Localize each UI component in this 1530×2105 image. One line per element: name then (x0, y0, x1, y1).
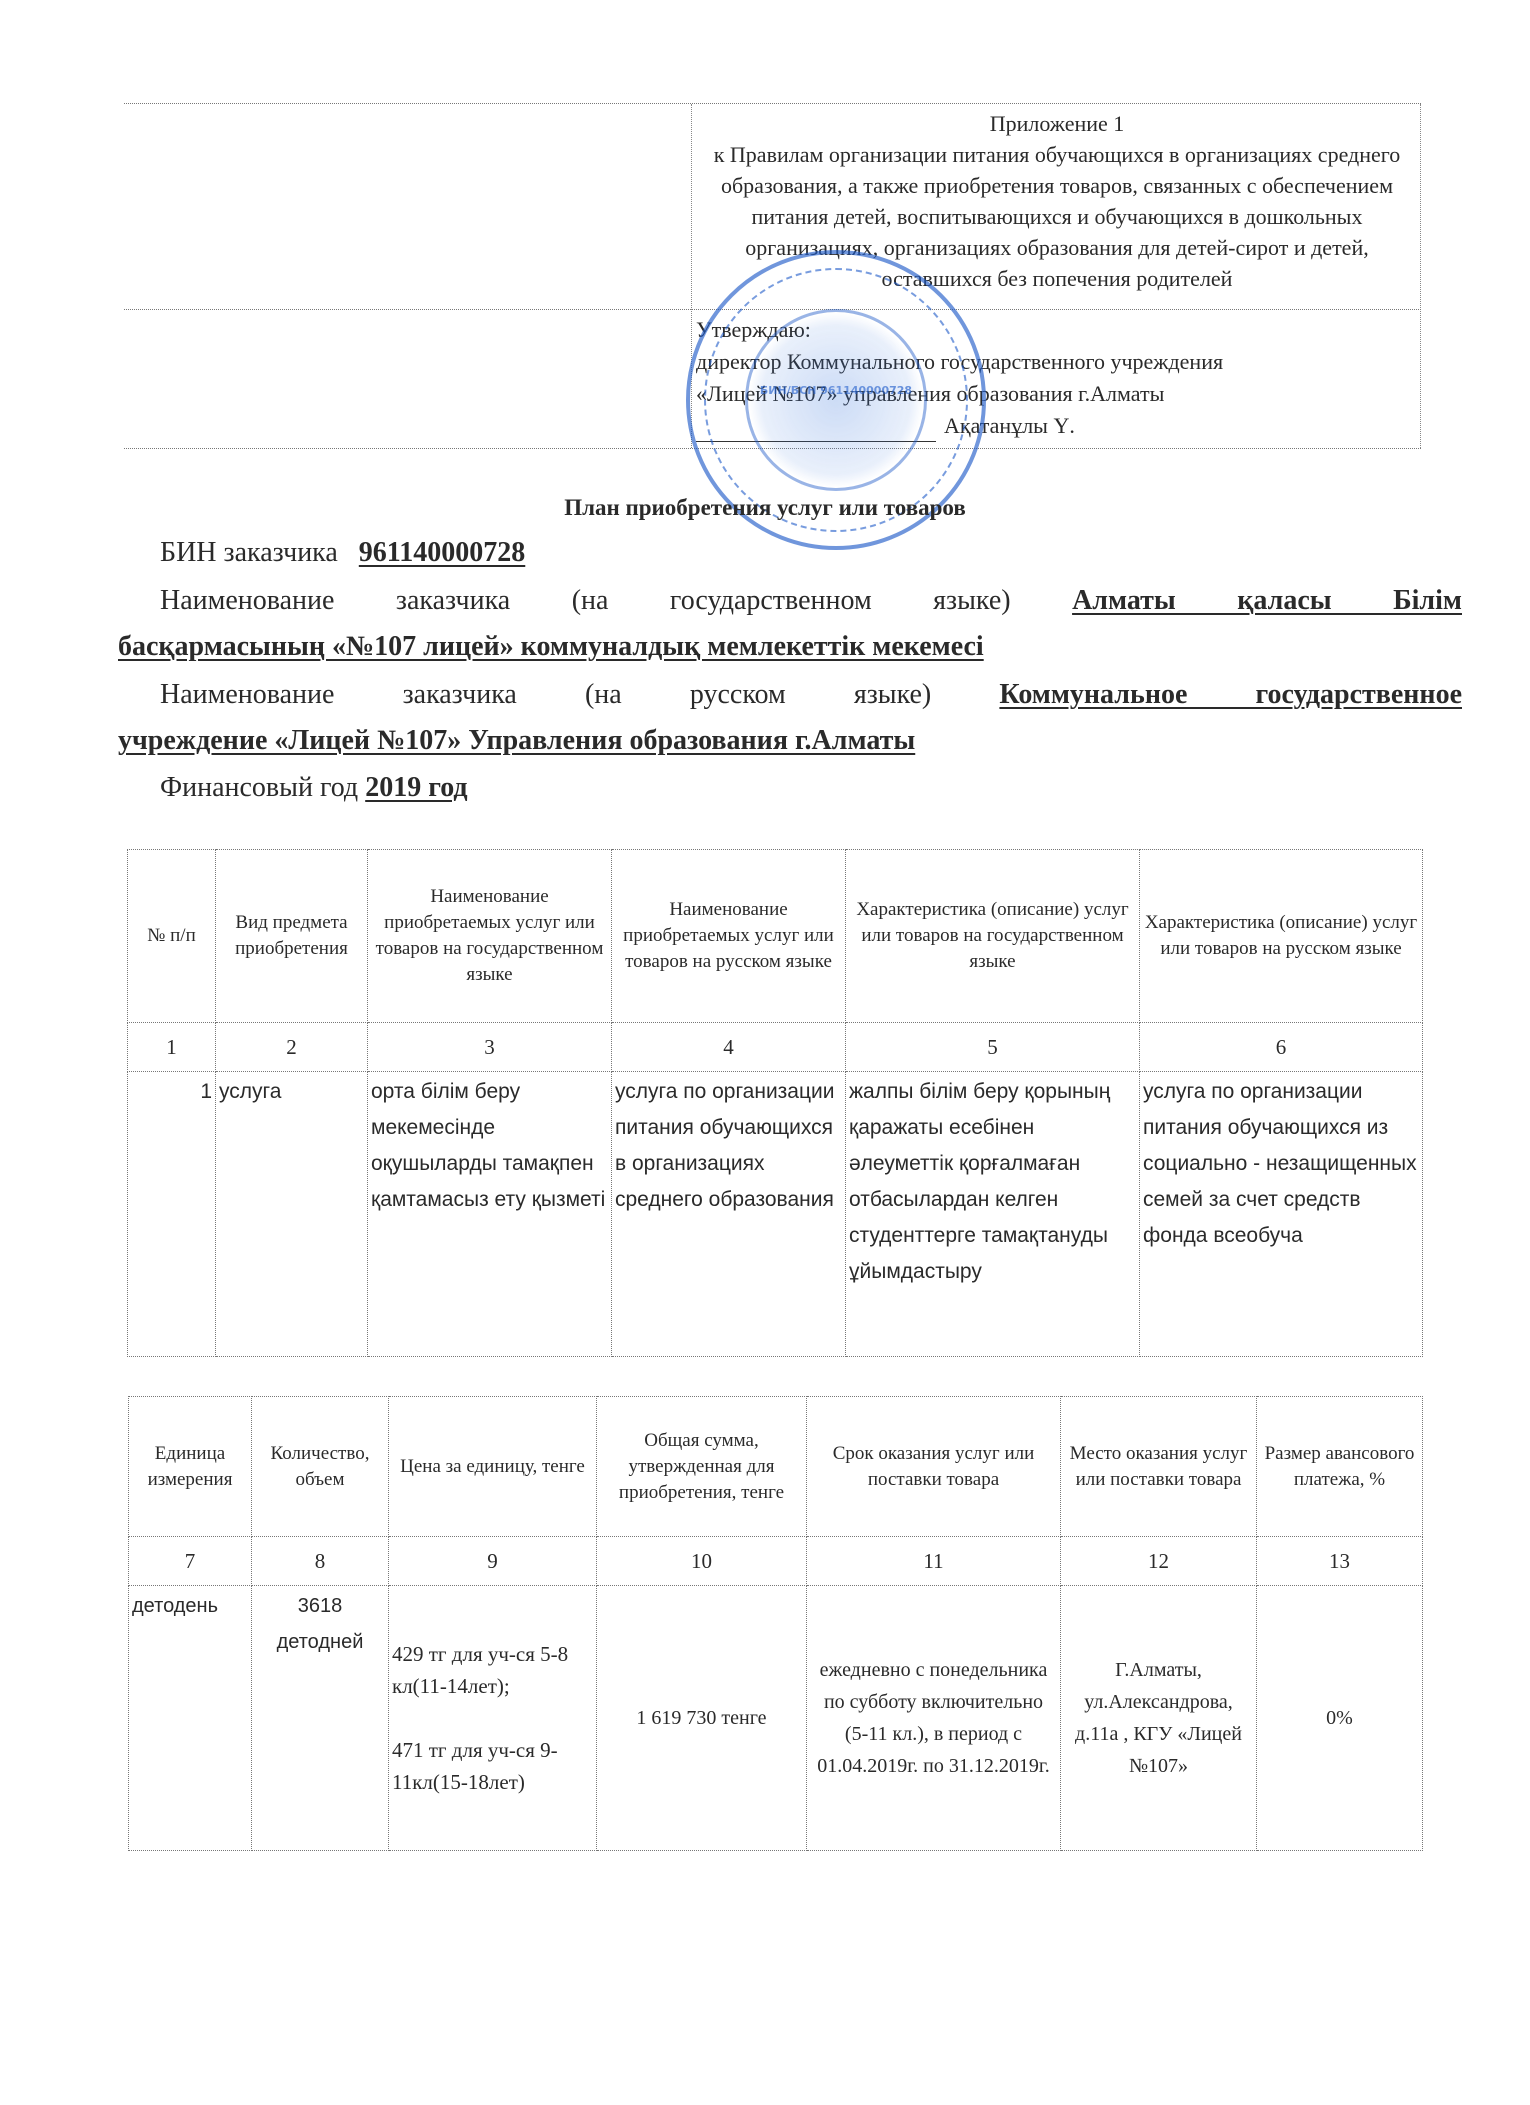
cell-term: ежедневно с понедельника по субботу вклю… (807, 1586, 1061, 1851)
col-header-advance: Размер авансового платежа, % (1257, 1397, 1423, 1537)
bin-value: 961140000728 (345, 537, 525, 568)
col-number: 7 (129, 1537, 252, 1586)
cell-desc-kz: жалпы білім беру қорының қаражаты есебін… (846, 1072, 1140, 1357)
cell-total: 1 619 730 тенге (597, 1586, 807, 1851)
approval-position-2: «Лицей №107» управления образования г.Ал… (696, 378, 1416, 410)
price-line-1: 429 тг для уч-ся 5-8 кл(11-14лет); (392, 1638, 593, 1702)
col-header-no: № п/п (128, 850, 216, 1023)
signatory-name: Ақатанұлы Ү. (944, 413, 1075, 438)
column-number-row: 7 8 9 10 11 12 13 (129, 1537, 1423, 1586)
table-row: 1 услуга орта білім беру мекемесінде оқу… (128, 1072, 1423, 1357)
cell-no: 1 (128, 1072, 216, 1357)
name-ru-row-2: учреждение «Лицей №107» Управления образ… (118, 718, 1420, 764)
cell-unit: детодень (129, 1586, 252, 1851)
col-number: 2 (216, 1023, 368, 1072)
col-header-type: Вид предмета приобретения (216, 850, 368, 1023)
bin-label: БИН заказчика (160, 537, 338, 568)
fin-year-label: Финансовый год (160, 772, 358, 803)
col-header-name-ru: Наименование приобретаемых услуг или тов… (612, 850, 846, 1023)
col-header-term: Срок оказания услуг или поставки товара (807, 1397, 1061, 1537)
name-kz-value-1: Алматы қаласы Білім (1072, 585, 1462, 616)
divider (691, 104, 692, 448)
cell-advance: 0% (1257, 1586, 1423, 1851)
col-number: 6 (1140, 1023, 1423, 1072)
approval-block: Утверждаю: директор Коммунального госуда… (696, 314, 1416, 442)
cell-desc-ru: услуга по организации питания обучающихс… (1140, 1072, 1423, 1357)
column-number-row: 1 2 3 4 5 6 (128, 1023, 1423, 1072)
name-kz-label: Наименование заказчика (на государственн… (160, 585, 1011, 616)
bin-row: БИН заказчика 961140000728 (118, 530, 1462, 576)
col-number: 5 (846, 1023, 1140, 1072)
cell-price: 429 тг для уч-ся 5-8 кл(11-14лет); 471 т… (389, 1586, 597, 1851)
col-header-desc-kz: Характеристика (описание) услуг или това… (846, 850, 1140, 1023)
table-row: детодень 3618 детодней 429 тг для уч-ся … (129, 1586, 1423, 1851)
name-ru-label: Наименование заказчика (на русском языке… (160, 679, 931, 710)
divider (124, 309, 1421, 310)
document-title: План приобретения услуг или товаров (0, 495, 1530, 521)
name-ru-value-1: Коммунальное государственное (999, 679, 1462, 710)
table-header-row: Единица измерения Количество, объем Цена… (129, 1397, 1423, 1537)
cell-quantity: 3618 детодней (252, 1586, 389, 1851)
cell-name-ru: услуга по организации питания обучающихс… (612, 1072, 846, 1357)
name-ru-row-1: Наименование заказчика (на русском языке… (118, 672, 1462, 718)
fin-year-row: Финансовый год 2019 год (118, 765, 1462, 811)
col-header-name-kz: Наименование приобретаемых услуг или тов… (368, 850, 612, 1023)
col-number: 13 (1257, 1537, 1423, 1586)
appendix-block: Приложение 1 к Правилам организации пита… (696, 108, 1418, 294)
col-number: 12 (1061, 1537, 1257, 1586)
col-number: 11 (807, 1537, 1061, 1586)
appendix-title: Приложение 1 (696, 108, 1418, 139)
items-table: № п/п Вид предмета приобретения Наименов… (127, 849, 1423, 1357)
col-number: 1 (128, 1023, 216, 1072)
name-ru-value-2: учреждение «Лицей №107» Управления образ… (118, 725, 915, 756)
divider (1420, 104, 1421, 448)
fin-year-value: 2019 год (365, 772, 467, 803)
col-number: 3 (368, 1023, 612, 1072)
col-header-quantity: Количество, объем (252, 1397, 389, 1537)
col-header-total: Общая сумма, утвержденная для приобретен… (597, 1397, 807, 1537)
signature-row: Ақатанұлы Ү. (696, 410, 1416, 442)
col-header-unit: Единица измерения (129, 1397, 252, 1537)
signature-line (696, 441, 936, 442)
name-kz-value-2: басқармасының «№107 лицей» коммуналдық м… (118, 631, 984, 662)
terms-table: Единица измерения Количество, объем Цена… (128, 1396, 1423, 1851)
col-number: 9 (389, 1537, 597, 1586)
table-header-row: № п/п Вид предмета приобретения Наименов… (128, 850, 1423, 1023)
price-line-2: 471 тг для уч-ся 9-11кл(15-18лет) (392, 1734, 593, 1798)
approval-position-1: директор Коммунального государственного … (696, 346, 1416, 378)
col-header-desc-ru: Характеристика (описание) услуг или това… (1140, 850, 1423, 1023)
col-number: 10 (597, 1537, 807, 1586)
cell-place: Г.Алматы, ул.Александрова, д.11а , КГУ «… (1061, 1586, 1257, 1851)
col-header-price: Цена за единицу, тенге (389, 1397, 597, 1537)
col-number: 4 (612, 1023, 846, 1072)
appendix-text: к Правилам организации питания обучающих… (696, 139, 1418, 294)
cell-type: услуга (216, 1072, 368, 1357)
col-number: 8 (252, 1537, 389, 1586)
approval-label: Утверждаю: (696, 314, 1416, 346)
name-kz-row-1: Наименование заказчика (на государственн… (118, 578, 1462, 624)
col-header-place: Место оказания услуг или поставки товара (1061, 1397, 1257, 1537)
cell-name-kz: орта білім беру мекемесінде оқушыларды т… (368, 1072, 612, 1357)
name-kz-row-2: басқармасының «№107 лицей» коммуналдық м… (118, 624, 1420, 670)
header-table: Приложение 1 к Правилам организации пита… (124, 103, 1421, 449)
